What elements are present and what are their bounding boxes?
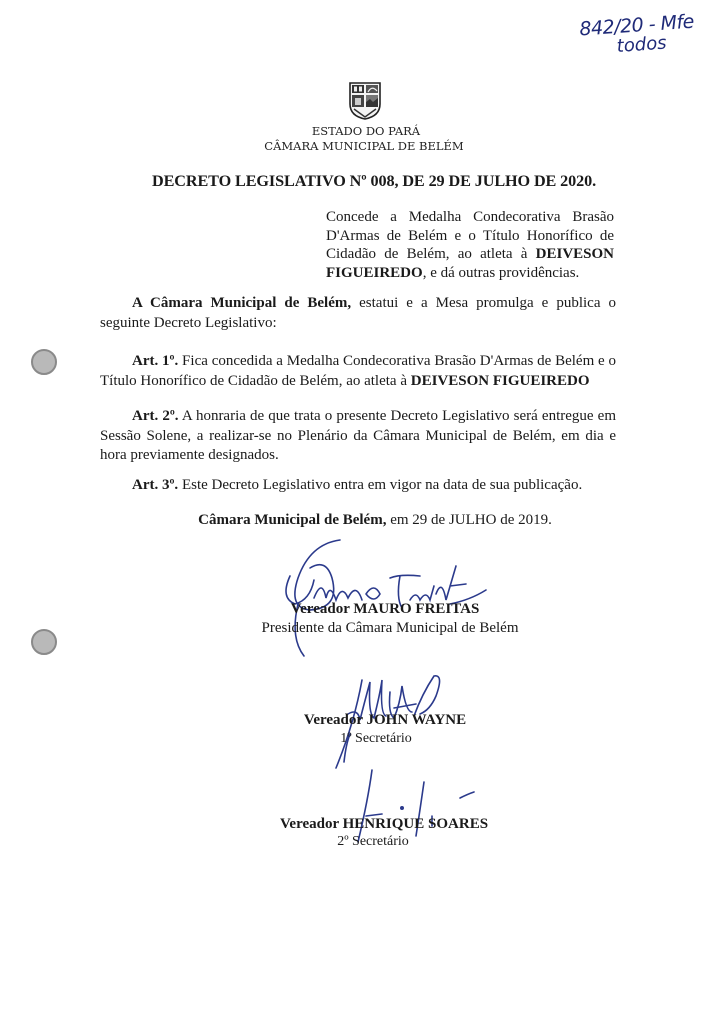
handwritten-annotation: 842/20 - Mfe todos <box>579 10 712 60</box>
article-label: Art. 1º. <box>132 353 178 369</box>
article-3: Art. 3º. Este Decreto Legislativo entra … <box>100 476 616 496</box>
article-label: Art. 2º. <box>132 408 179 424</box>
article-label: Art. 3º. <box>132 477 178 493</box>
signatory-2-role: 1º Secretário <box>0 731 724 747</box>
institution-name: CÂMARA MUNICIPAL DE BELÉM <box>2 139 724 153</box>
coat-of-arms-icon <box>349 82 381 120</box>
decree-title: DECRETO LEGISLATIVO Nº 008, DE 29 DE JUL… <box>152 172 596 191</box>
signatory-3-name: Vereador HENRIQUE SOARES <box>0 816 724 833</box>
honoree-name: DEIVESON FIGUEIREDO <box>411 373 590 389</box>
signatory-2-name: Vereador JOHN WAYNE <box>0 712 724 729</box>
signatory-3-role: 2º Secretário <box>0 834 724 850</box>
signatory-1-role: Presidente da Câmara Municipal de Belém <box>0 620 724 637</box>
punch-hole-icon <box>31 349 57 375</box>
article-1: Art. 1º. Fica concedida a Medalha Condec… <box>100 352 616 391</box>
decree-summary: Concede a Medalha Condecorativa Brasão D… <box>326 208 614 282</box>
preamble-paragraph: A Câmara Municipal de Belém, estatui e a… <box>100 294 616 333</box>
closing-date-line: Câmara Municipal de Belém, em 29 de JULH… <box>0 511 724 531</box>
article-2: Art. 2º. A honraria de que trata o prese… <box>100 407 616 466</box>
signatory-1-name: Vereador MAURO FREITAS <box>0 601 724 618</box>
state-name: ESTADO DO PARÁ <box>4 124 724 138</box>
